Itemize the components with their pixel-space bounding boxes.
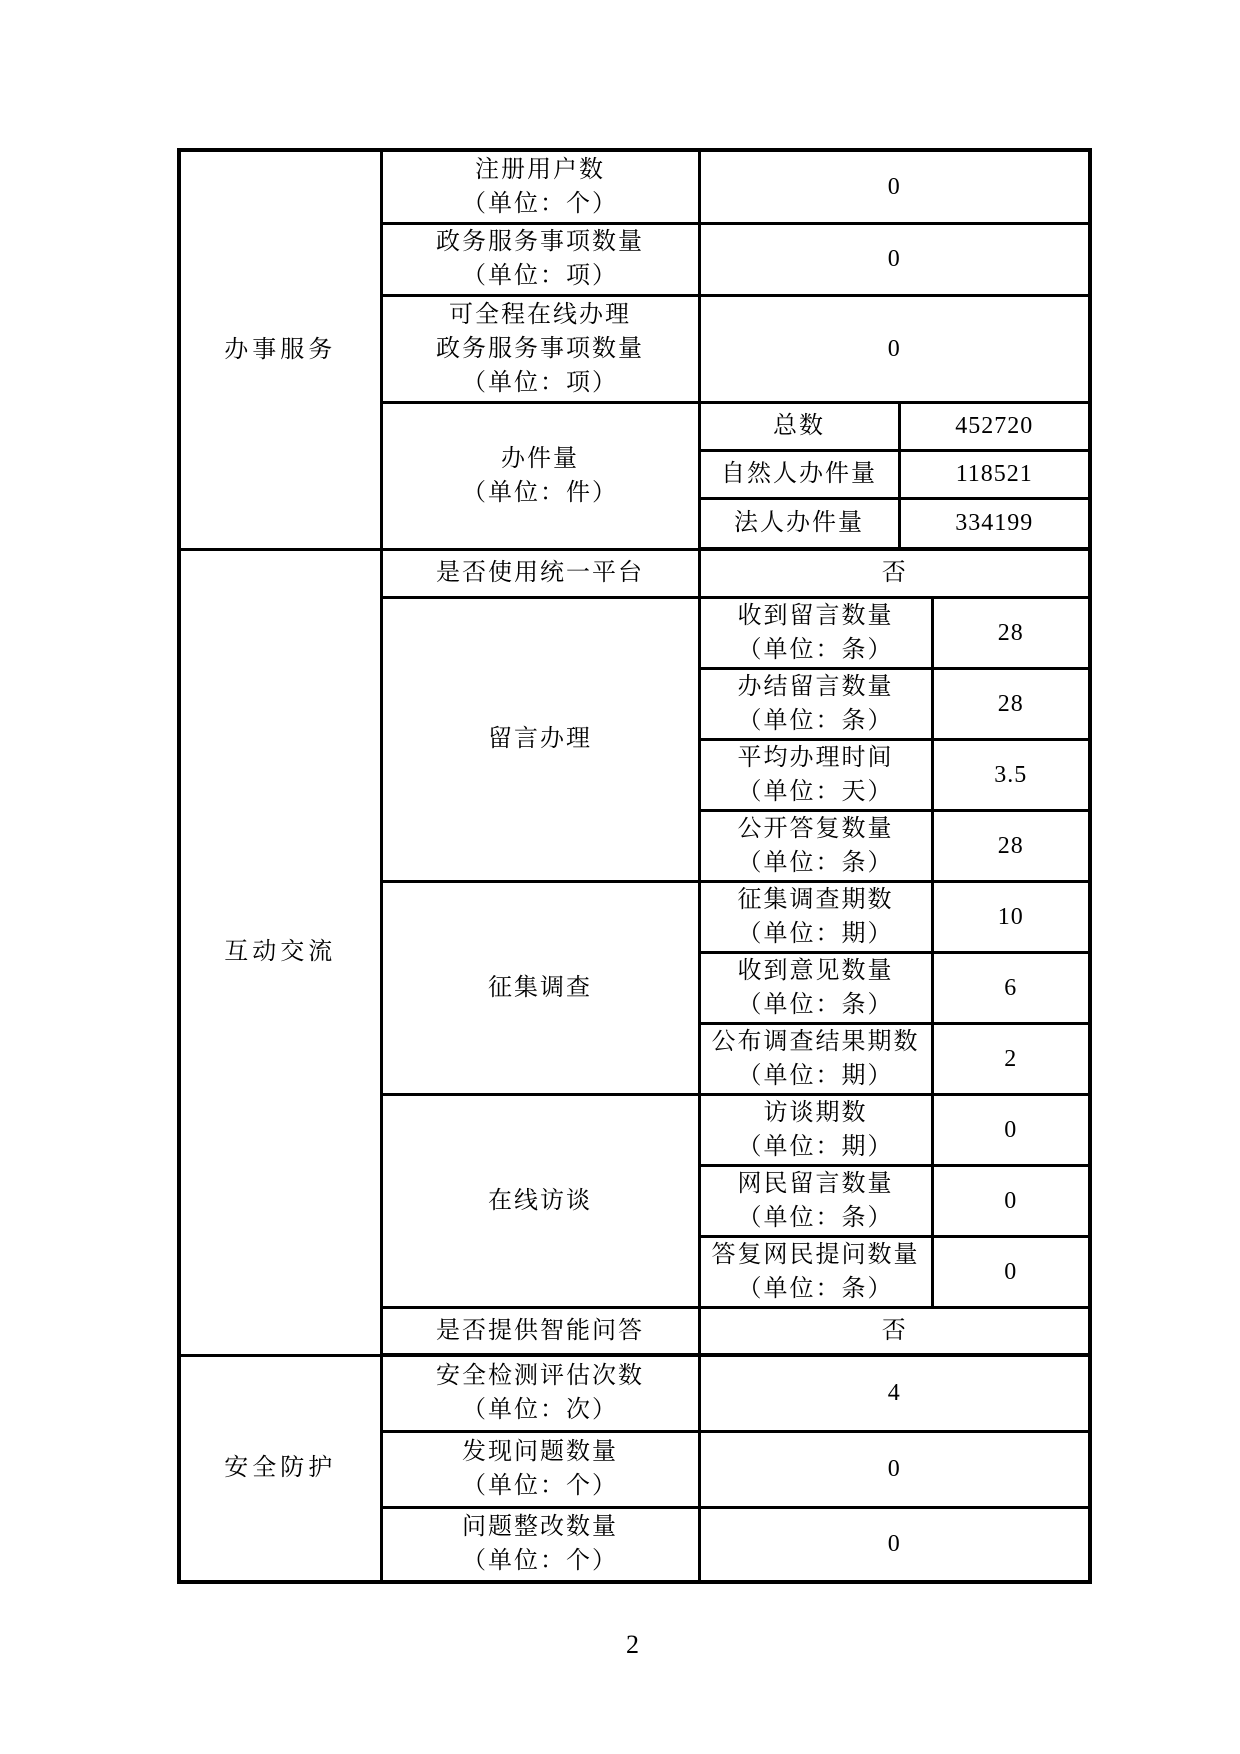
row-volume-legal-value: 334199 bbox=[899, 498, 1090, 549]
row-interview-messages-value: 0 bbox=[932, 1165, 1090, 1236]
row-interview-replies-label: 答复网民提问数量 （单位：条） bbox=[699, 1236, 932, 1307]
row-volume-natural-label: 自然人办件量 bbox=[699, 450, 899, 498]
row-unified-platform-label: 是否使用统一平台 bbox=[381, 549, 699, 597]
row-service-items-value: 0 bbox=[699, 223, 1090, 295]
row-service-items-label: 政务服务事项数量 （单位：项） bbox=[381, 223, 699, 295]
row-assessments-value: 4 bbox=[699, 1355, 1090, 1431]
row-survey-periods-label: 征集调查期数 （单位：期） bbox=[699, 881, 932, 952]
row-msg-received-value: 28 bbox=[932, 597, 1090, 668]
row-registered-users-label: 注册用户数 （单位：个） bbox=[381, 150, 699, 223]
row-volume-legal-label: 法人办件量 bbox=[699, 498, 899, 549]
row-volume-total-value: 452720 bbox=[899, 402, 1090, 450]
row-interview-periods-label: 访谈期数 （单位：期） bbox=[699, 1094, 932, 1165]
row-interview-messages-label: 网民留言数量 （单位：条） bbox=[699, 1165, 932, 1236]
row-problems-found-value: 0 bbox=[699, 1431, 1090, 1507]
group-message-handling-label: 留言办理 bbox=[381, 597, 699, 881]
section-anquan-category: 安全防护 bbox=[179, 1355, 381, 1582]
group-survey-label: 征集调查 bbox=[381, 881, 699, 1094]
row-msg-completed-value: 28 bbox=[932, 668, 1090, 739]
row-msg-received-label: 收到留言数量 （单位：条） bbox=[699, 597, 932, 668]
row-survey-results-value: 2 bbox=[932, 1023, 1090, 1094]
row-problems-fixed-label: 问题整改数量 （单位：个） bbox=[381, 1507, 699, 1582]
section-banshi-category-label: 办事服务 bbox=[181, 333, 380, 367]
row-online-items-value: 0 bbox=[699, 295, 1090, 402]
row-survey-opinions-value: 6 bbox=[932, 952, 1090, 1023]
section-hudong-category: 互动交流 bbox=[179, 549, 381, 1355]
row-assessments-label: 安全检测评估次数 （单位：次） bbox=[381, 1355, 699, 1431]
row-survey-opinions-label: 收到意见数量 （单位：条） bbox=[699, 952, 932, 1023]
row-msg-public-reply-value: 28 bbox=[932, 810, 1090, 881]
section-hudong-category-label: 互动交流 bbox=[181, 935, 380, 969]
group-interview-label: 在线访谈 bbox=[381, 1094, 699, 1307]
row-problems-fixed-value: 0 bbox=[699, 1507, 1090, 1582]
section-banshi-category: 办事服务 bbox=[179, 150, 381, 549]
row-smart-qa-value: 否 bbox=[699, 1307, 1090, 1355]
row-survey-periods-value: 10 bbox=[932, 881, 1090, 952]
group-volume-label: 办件量 （单位：件） bbox=[381, 402, 699, 549]
row-registered-users-value: 0 bbox=[699, 150, 1090, 223]
report-table: 办事服务 注册用户数 （单位：个） 0 政务服务事项数量 （单位：项） 0 可全… bbox=[177, 148, 1092, 1584]
row-msg-avg-time-label: 平均办理时间 （单位：天） bbox=[699, 739, 932, 810]
row-msg-public-reply-label: 公开答复数量 （单位：条） bbox=[699, 810, 932, 881]
row-problems-found-label: 发现问题数量 （单位：个） bbox=[381, 1431, 699, 1507]
page-number: 2 bbox=[177, 1630, 1088, 1660]
section-anquan-category-label: 安全防护 bbox=[181, 1451, 380, 1485]
row-survey-results-label: 公布调查结果期数 （单位：期） bbox=[699, 1023, 932, 1094]
row-msg-avg-time-value: 3.5 bbox=[932, 739, 1090, 810]
row-online-items-label: 可全程在线办理 政务服务事项数量 （单位：项） bbox=[381, 295, 699, 402]
row-msg-completed-label: 办结留言数量 （单位：条） bbox=[699, 668, 932, 739]
row-smart-qa-label: 是否提供智能问答 bbox=[381, 1307, 699, 1355]
row-interview-replies-value: 0 bbox=[932, 1236, 1090, 1307]
row-interview-periods-value: 0 bbox=[932, 1094, 1090, 1165]
row-volume-natural-value: 118521 bbox=[899, 450, 1090, 498]
row-unified-platform-value: 否 bbox=[699, 549, 1090, 597]
row-volume-total-label: 总数 bbox=[699, 402, 899, 450]
